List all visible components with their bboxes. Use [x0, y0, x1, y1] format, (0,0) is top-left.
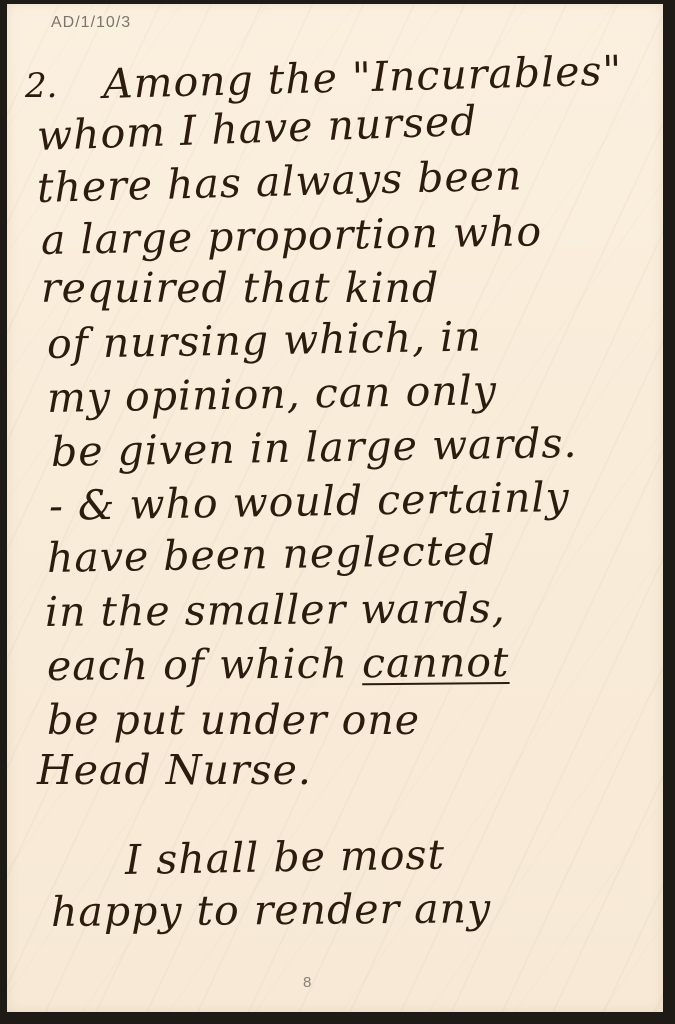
handwritten-line: Head Nurse.: [37, 746, 312, 794]
archive-reference: AD/1/10/3: [51, 14, 131, 32]
scanned-page: AD/1/10/3 2. Among the "Incurables" whom…: [0, 0, 675, 1024]
handwritten-line: my opinion, can only: [47, 366, 498, 422]
handwritten-line: Among the "Incurables": [102, 46, 623, 108]
handwritten-line: whom I have nursed: [36, 97, 478, 160]
handwritten-line: a large proportion who: [41, 207, 543, 264]
handwritten-line: - & who would certainly: [49, 473, 571, 530]
handwritten-line: have been neglected: [47, 526, 497, 582]
handwritten-line: required that kind: [41, 264, 439, 312]
paragraph-number: 2.: [25, 66, 57, 106]
handwritten-line: happy to render any: [51, 884, 492, 936]
line-text: each of which: [47, 639, 348, 690]
handwritten-line: in the smaller wards,: [45, 584, 506, 636]
handwritten-line: each of which cannot: [47, 638, 510, 690]
handwritten-line: be put under one: [47, 696, 420, 744]
letter-paper: AD/1/10/3 2. Among the "Incurables" whom…: [7, 4, 663, 1012]
handwritten-line: of nursing which, in: [47, 312, 482, 368]
page-number: 8: [303, 974, 311, 991]
handwritten-line: there has always been: [36, 151, 523, 212]
handwritten-line: be given in large wards.: [51, 419, 578, 476]
underlined-word: cannot: [362, 638, 510, 687]
handwritten-line: I shall be most: [125, 830, 446, 884]
